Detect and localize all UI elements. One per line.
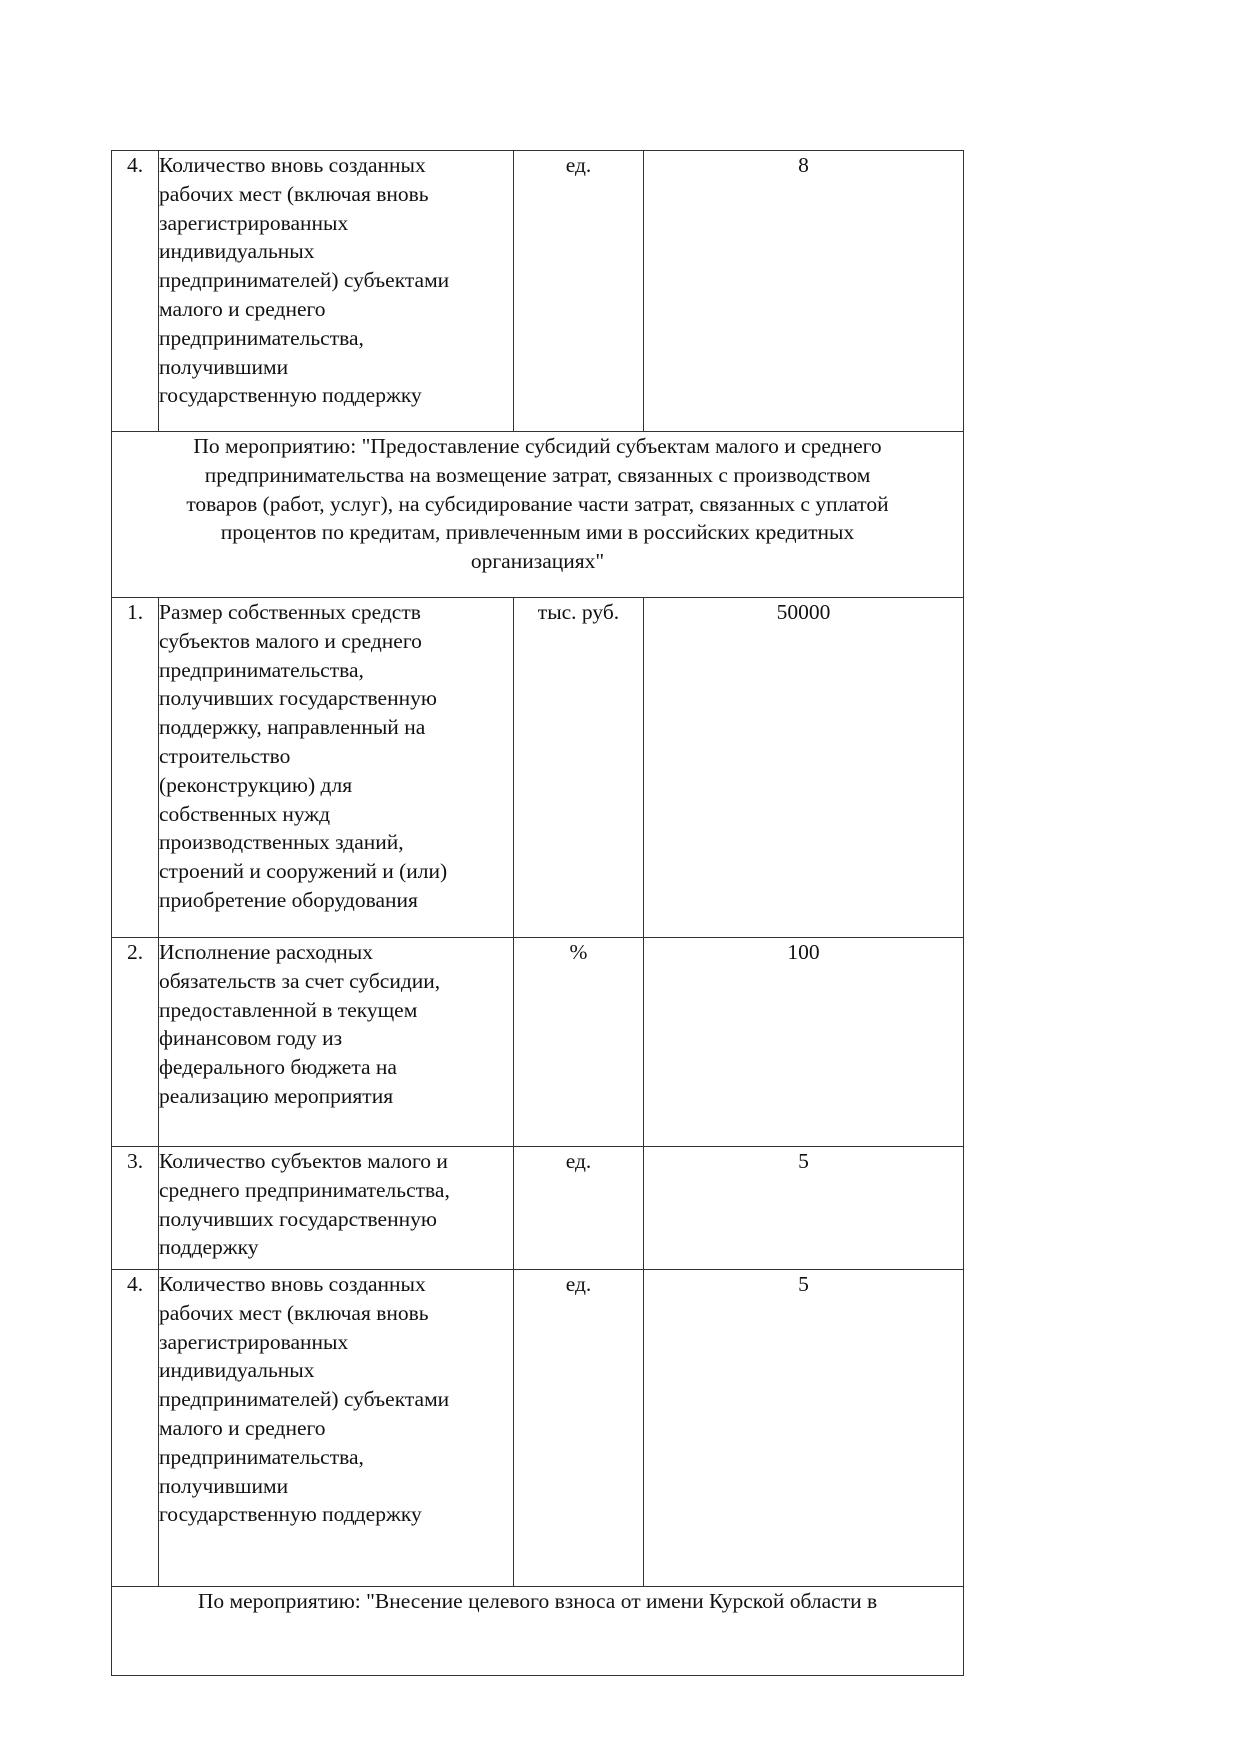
text-line: производственных зданий,	[159, 828, 513, 857]
unit-cell: %	[514, 938, 644, 1147]
text-line: Количество субъектов малого и	[159, 1147, 513, 1176]
section-header-row: По мероприятию: "Внесение целевого взнос…	[112, 1587, 964, 1676]
value-cell: 5	[644, 1147, 964, 1270]
text-line: приобретение оборудования	[159, 886, 513, 915]
indicator-name: Количество вновь созданныхрабочих мест (…	[159, 151, 514, 432]
text-line: обязательств за счет субсидии,	[159, 967, 513, 996]
text-line: предпринимателей) субъектами	[159, 266, 513, 295]
text-line: По мероприятию: "Внесение целевого взнос…	[112, 1587, 963, 1616]
text-line: субъектов малого и среднего	[159, 627, 513, 656]
value-cell: 100	[644, 938, 964, 1147]
text-line: Количество вновь созданных	[159, 151, 513, 180]
text-line: процентов по кредитам, привлеченным ими …	[112, 518, 963, 547]
section-title: По мероприятию: "Предоставление субсидий…	[112, 432, 964, 598]
text-line: финансовом году из	[159, 1024, 513, 1053]
table-row: 4. Количество вновь созданныхрабочих мес…	[112, 1270, 964, 1587]
text-line: предпринимателей) субъектами	[159, 1385, 513, 1414]
text-line: Исполнение расходных	[159, 938, 513, 967]
document-page: 4. Количество вновь созданныхрабочих мес…	[0, 0, 1240, 1754]
row-number: 2.	[112, 938, 159, 1147]
table-row: 2. Исполнение расходныхобязательств за с…	[112, 938, 964, 1147]
text-line: Количество вновь созданных	[159, 1270, 513, 1299]
text-line: предоставленной в текущем	[159, 996, 513, 1025]
indicators-table-body: 4. Количество вновь созданныхрабочих мес…	[112, 151, 964, 1676]
text-line: федерального бюджета на	[159, 1053, 513, 1082]
unit-cell: тыс. руб.	[514, 598, 644, 938]
unit-cell: ед.	[514, 1270, 644, 1587]
text-line: зарегистрированных	[159, 209, 513, 238]
value-cell: 50000	[644, 598, 964, 938]
text-line: получивших государственную	[159, 684, 513, 713]
text-line: строений и сооружений и (или)	[159, 857, 513, 886]
text-line: строительство	[159, 742, 513, 771]
text-line: (реконструкцию) для	[159, 771, 513, 800]
text-line: малого и среднего	[159, 1414, 513, 1443]
text-line: получившими	[159, 1472, 513, 1501]
text-line: По мероприятию: "Предоставление субсидий…	[112, 432, 963, 461]
text-line: малого и среднего	[159, 295, 513, 324]
text-line: индивидуальных	[159, 237, 513, 266]
row-number: 3.	[112, 1147, 159, 1270]
indicator-name: Размер собственных средствсубъектов мало…	[159, 598, 514, 938]
table-row: 3. Количество субъектов малого исреднего…	[112, 1147, 964, 1270]
unit-cell: ед.	[514, 151, 644, 432]
table-row: 4. Количество вновь созданныхрабочих мес…	[112, 151, 964, 432]
value-cell: 8	[644, 151, 964, 432]
text-line: Размер собственных средств	[159, 598, 513, 627]
indicators-table: 4. Количество вновь созданныхрабочих мес…	[111, 150, 964, 1676]
text-line: получивших государственную	[159, 1205, 513, 1234]
text-line: индивидуальных	[159, 1356, 513, 1385]
text-line: государственную поддержку	[159, 381, 513, 410]
text-line: рабочих мест (включая вновь	[159, 180, 513, 209]
indicator-name: Исполнение расходныхобязательств за счет…	[159, 938, 514, 1147]
row-number: 4.	[112, 1270, 159, 1587]
text-line: собственных нужд	[159, 800, 513, 829]
section-title: По мероприятию: "Внесение целевого взнос…	[112, 1587, 964, 1676]
row-number: 4.	[112, 151, 159, 432]
value-cell: 5	[644, 1270, 964, 1587]
text-line: зарегистрированных	[159, 1328, 513, 1357]
text-line: предпринимательства,	[159, 1443, 513, 1472]
text-line: организациях"	[112, 547, 963, 576]
indicator-name: Количество субъектов малого исреднего пр…	[159, 1147, 514, 1270]
text-line: среднего предпринимательства,	[159, 1176, 513, 1205]
unit-cell: ед.	[514, 1147, 644, 1270]
text-line: рабочих мест (включая вновь	[159, 1299, 513, 1328]
text-line: товаров (работ, услуг), на субсидировани…	[112, 490, 963, 519]
text-line: поддержку	[159, 1233, 513, 1262]
text-line: получившими	[159, 353, 513, 382]
text-line: предпринимательства,	[159, 324, 513, 353]
indicator-name: Количество вновь созданныхрабочих мест (…	[159, 1270, 514, 1587]
section-header-row: По мероприятию: "Предоставление субсидий…	[112, 432, 964, 598]
text-line: поддержку, направленный на	[159, 713, 513, 742]
row-number: 1.	[112, 598, 159, 938]
text-line: государственную поддержку	[159, 1500, 513, 1529]
text-line: реализацию мероприятия	[159, 1082, 513, 1111]
table-row: 1. Размер собственных средствсубъектов м…	[112, 598, 964, 938]
text-line: предпринимательства,	[159, 656, 513, 685]
text-line: предпринимательства на возмещение затрат…	[112, 461, 963, 490]
